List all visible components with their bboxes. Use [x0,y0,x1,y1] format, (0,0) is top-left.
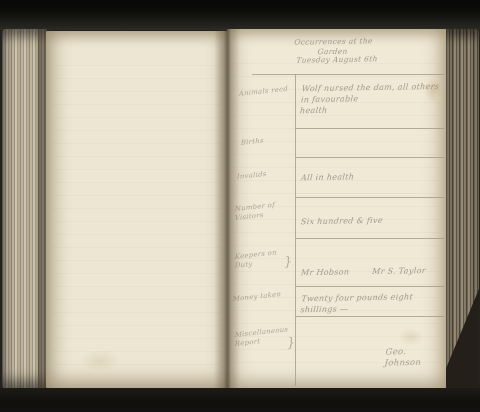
table-rule [296,128,444,129]
table-rule-top [252,74,444,75]
book-gutter-shadow [214,29,240,391]
fore-edge-page-striations [446,29,479,390]
backdrop-top-band [0,0,480,30]
page-stain [424,78,442,102]
backdrop-bottom-band [0,388,480,412]
row-content: Wolf nursed the dam, all others in favou… [299,82,444,117]
book-fore-edge [446,29,479,390]
manuscript-photo: Occurrences at the Garden Tuesday August… [0,0,480,412]
row-content: Twenty four pounds eight shillings — [300,292,444,316]
left-page-blank [46,31,227,389]
table-rule [296,316,444,317]
keeper-signature: Geo. Johnson [384,347,442,371]
table-rule [296,238,444,239]
table-rule [296,157,444,158]
page-stain [80,350,120,372]
label-brace: } [286,335,296,353]
page-stain [398,328,424,346]
page-heading-date: Tuesday August 6th [288,54,385,66]
ruled-lines-left [52,53,221,367]
table-rule [296,286,444,287]
table-rule [296,197,444,198]
label-brace: } [283,254,293,272]
